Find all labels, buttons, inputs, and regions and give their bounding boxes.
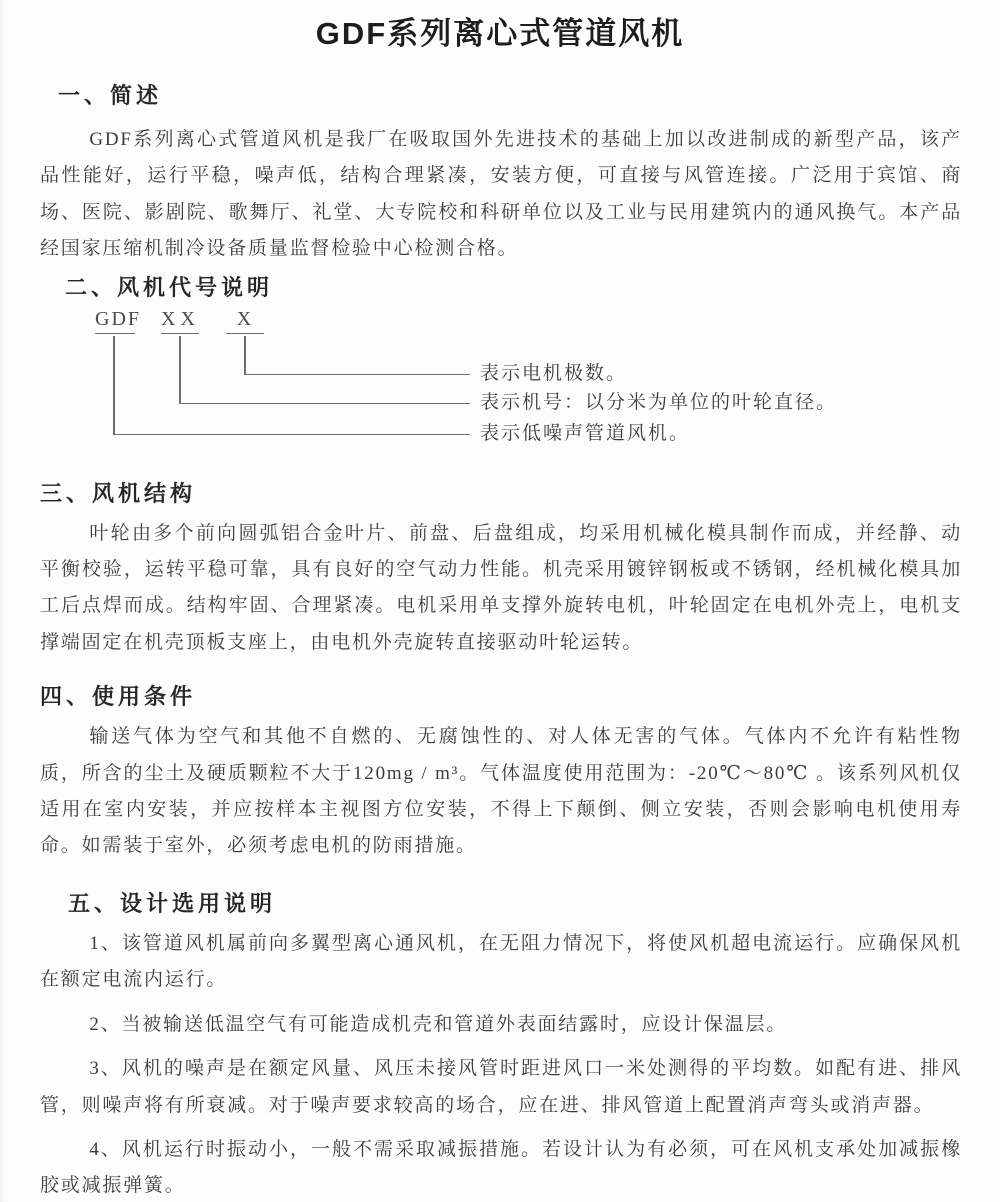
diagram-label-model-number: 表示机号：以分米为单位的叶轮直径。 <box>480 392 837 414</box>
diagram-label-low-noise: 表示低噪声管道风机。 <box>480 423 690 445</box>
connector-line-horizontal-poles <box>244 374 470 376</box>
operating-conditions-paragraph: 输送气体为空气和其他不自燃的、无腐蚀性的、对人体无害的气体。气体内不允许有粘性物… <box>40 719 962 865</box>
structure-paragraph: 叶轮由多个前向圆弧铝合金叶片、前盘、后盘组成，均采用机械化模具制作而成，并经静、… <box>40 516 962 662</box>
design-note-item-1: 1、该管道风机属前向多翼型离心通风机，在无阻力情况下，将使风机超电流运行。应确保… <box>40 926 962 999</box>
code-part-size-number: XX <box>161 308 199 334</box>
diagram-label-motor-poles: 表示电机极数。 <box>480 363 627 385</box>
section-heading-design-selection: 五、设计选用说明 <box>68 889 962 918</box>
fan-model-code-diagram: GDF XX X 表示电机极数。 表示机号：以分米为单位的叶轮直径。 表示低噪声… <box>40 308 962 460</box>
design-note-item-4: 4、风机运行时振动小，一般不需采取减振措施。若设计认为有必须，可在风机支承处加减… <box>40 1132 962 1202</box>
connector-line-vertical-poles <box>244 336 246 375</box>
code-part-pole-count: X <box>226 308 264 334</box>
overview-paragraph: GDF系列离心式管道风机是我厂在吸取国外先进技术的基础上加以改进制成的新型产品，… <box>40 122 962 268</box>
section-heading-structure: 三、风机结构 <box>40 479 962 508</box>
design-note-item-2: 2、当被输送低温空气有可能造成机壳和管道外表面结露时，应设计保温层。 <box>40 1007 962 1043</box>
section-heading-operating-conditions: 四、使用条件 <box>40 682 962 711</box>
document-page: GDF系列离心式管道风机 一、简述 GDF系列离心式管道风机是我厂在吸取国外先进… <box>0 0 1000 1202</box>
connector-line-vertical-gdf <box>113 336 115 435</box>
connector-line-horizontal-size <box>179 403 470 405</box>
design-note-item-3: 3、风机的噪声是在额定风量、风压未接风管时距进风口一米处测得的平均数。如配有进、… <box>40 1051 962 1124</box>
document-content: 一、简述 GDF系列离心式管道风机是我厂在吸取国外先进技术的基础上加以改进制成的… <box>0 81 1000 1202</box>
connector-line-vertical-size <box>179 336 181 404</box>
code-part-gdf: GDF <box>95 308 135 334</box>
section-heading-overview: 一、简述 <box>58 81 962 110</box>
connector-line-horizontal-lownoise <box>113 434 470 436</box>
page-title: GDF系列离心式管道风机 <box>0 0 1000 54</box>
section-heading-model-code: 二、风机代号说明 <box>65 273 962 302</box>
